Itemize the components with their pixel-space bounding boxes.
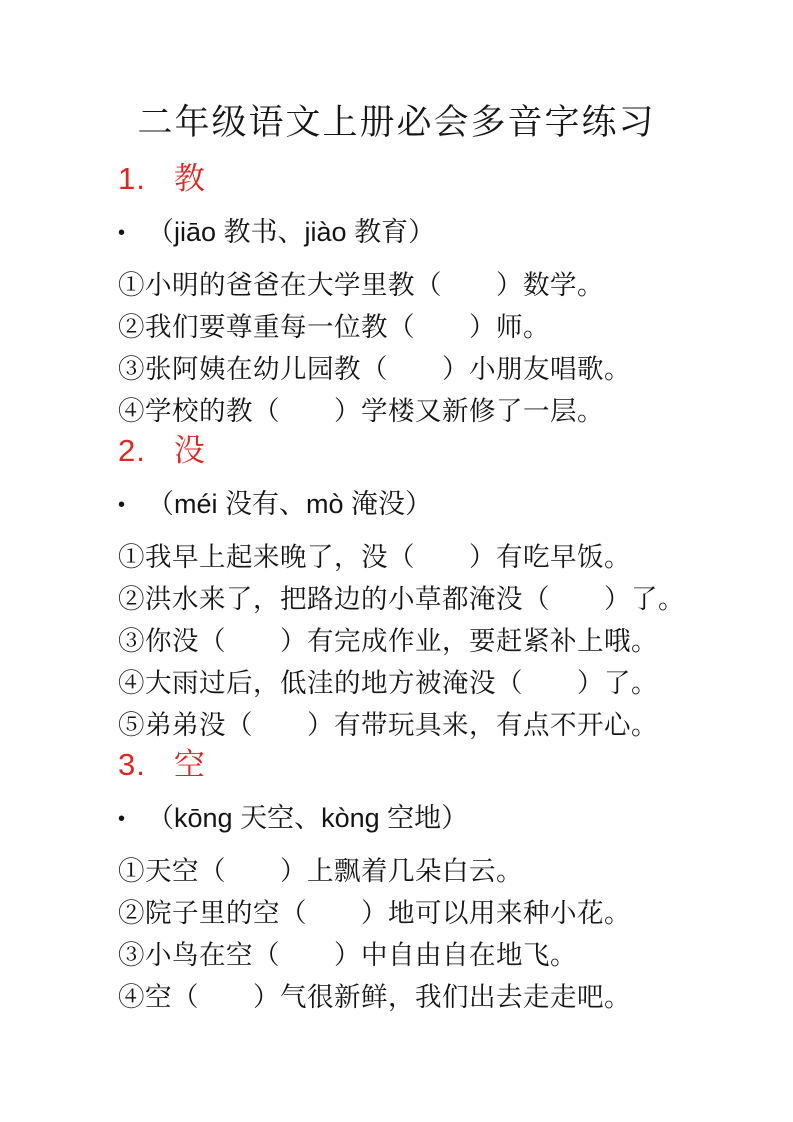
section-jiao: 1.教 • （jiāo 教书、jiào 教育） ①小明的爸爸在大学里教（ ）数学…: [118, 160, 733, 432]
worksheet-page: 二年级语文上册必会多音字练习 1.教 • （jiāo 教书、jiào 教育） ①…: [0, 0, 793, 1122]
exercise-item: ④学校的教（ ）学楼又新修了一层。: [118, 390, 733, 432]
exercise-item: ②院子里的空（ ）地可以用来种小花。: [118, 892, 733, 934]
section-2-pronunciation-line: • （méi 没有、mò 淹没）: [118, 486, 733, 522]
section-mei: 2.没 • （méi 没有、mò 淹没） ①我早上起来晚了，没（ ）有吃早饭。 …: [118, 432, 733, 746]
section-kong: 3.空 • （kōng 天空、kòng 空地） ①天空（ ）上飘着几朵白云。 ②…: [118, 746, 733, 1018]
section-1-header: 1.教: [118, 160, 733, 198]
exercise-item: ③张阿姨在幼儿园教（ ）小朋友唱歌。: [118, 348, 733, 390]
exercise-item: ④空（ ）气很新鲜，我们出去走走吧。: [118, 976, 733, 1018]
exercise-item: ⑤弟弟没（ ）有带玩具来，有点不开心。: [118, 704, 733, 746]
section-2-number: 2.: [118, 433, 146, 468]
exercise-item: ③你没（ ）有完成作业，要赶紧补上哦。: [118, 620, 733, 662]
section-3-number: 3.: [118, 747, 146, 782]
exercise-item: ④大雨过后，低洼的地方被淹没（ ）了。: [118, 662, 733, 704]
section-3-header: 3.空: [118, 746, 733, 784]
section-1-pronunciation-line: • （jiāo 教书、jiào 教育）: [118, 214, 733, 250]
bullet-icon: •: [118, 215, 125, 251]
section-1-number: 1.: [118, 161, 146, 196]
section-1-character: 教: [174, 161, 206, 196]
exercise-item: ①我早上起来晚了，没（ ）有吃早饭。: [118, 536, 733, 578]
section-2-pronunciations: （méi 没有、mò 淹没）: [147, 486, 432, 522]
exercise-item: ③小鸟在空（ ）中自由自在地飞。: [118, 934, 733, 976]
section-3-character: 空: [174, 747, 206, 782]
section-2-character: 没: [174, 433, 206, 468]
section-2-header: 2.没: [118, 432, 733, 470]
section-1-pronunciations: （jiāo 教书、jiào 教育）: [147, 214, 435, 250]
section-3-pronunciation-line: • （kōng 天空、kòng 空地）: [118, 800, 733, 836]
page-title: 二年级语文上册必会多音字练习: [0, 98, 793, 148]
exercise-item: ②洪水来了，把路边的小草都淹没（ ）了。: [118, 578, 733, 620]
exercise-item: ①天空（ ）上飘着几朵白云。: [118, 850, 733, 892]
section-3-pronunciations: （kōng 天空、kòng 空地）: [147, 800, 468, 836]
bullet-icon: •: [118, 801, 125, 837]
bullet-icon: •: [118, 487, 125, 523]
exercise-item: ①小明的爸爸在大学里教（ ）数学。: [118, 264, 733, 306]
exercise-item: ②我们要尊重每一位教（ ）师。: [118, 306, 733, 348]
